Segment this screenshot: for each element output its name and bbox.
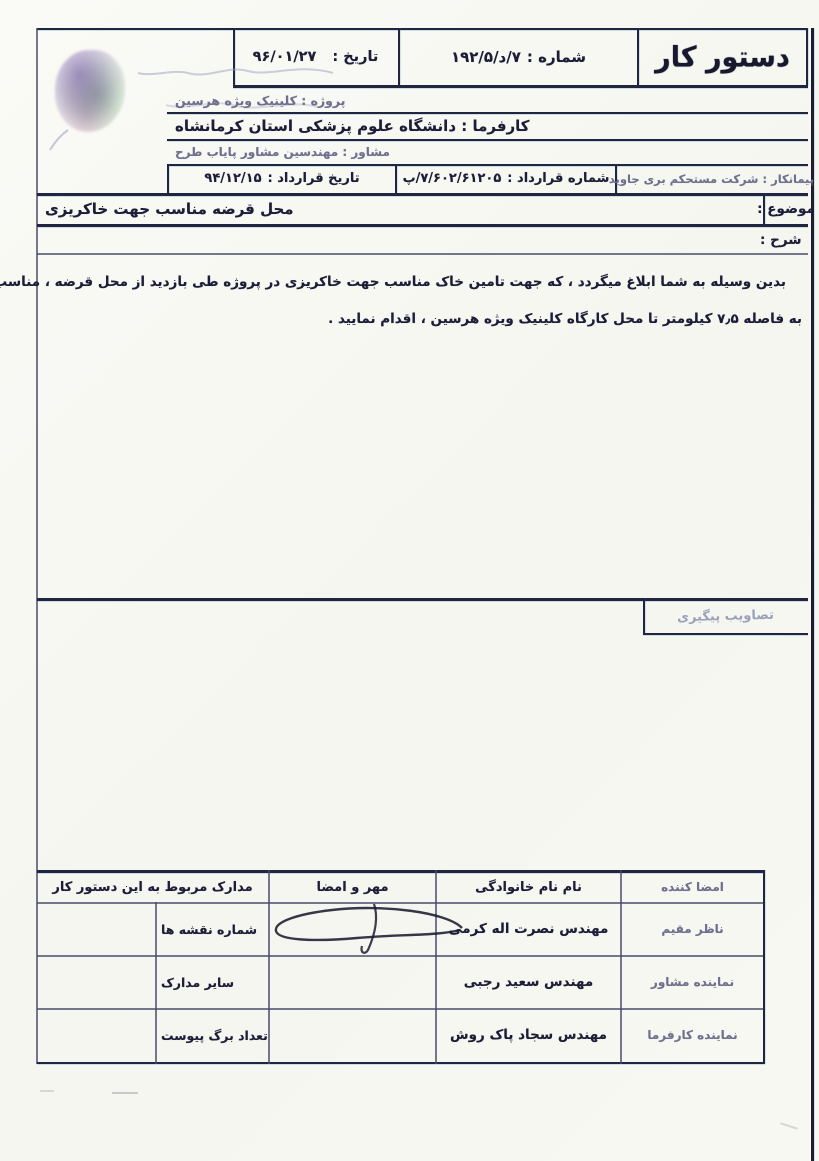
signer-role-cell: نماینده کارفرما [622,1010,763,1060]
contractor-cell: پیمانکار : شرکت مستحکم بری جاوید [617,165,806,192]
col-header-signer-text: امضا کننده [661,880,724,894]
number-cell: شماره : ۱۹۲/۵/د/۷ [400,30,637,84]
signer-role-2: نماینده مشاور [651,975,734,989]
doc-label-1: شماره نقشه ها [161,922,257,937]
col-header-docs: مدارک مربوط به این دستور کار [39,872,266,902]
table-right-border [763,870,765,1064]
subject-value-cell: محل قرضه مناسب جهت خاکریزی [37,195,767,223]
signer-name-cell: مهندس سجاد پاک روش [437,1010,620,1060]
col-header-name-text: نام نام خانوادگی [475,880,582,895]
contract-number-value: ۷/۶۰۲/۶۱۲۰۵/پ [403,171,502,186]
description-body: بدین وسیله به شما ابلاغ میگردد ، که جهت … [50,264,802,338]
scan-artifact [40,1090,54,1092]
contract-date-label: تاریخ قرارداد : [268,171,360,186]
logo-text: دستور کار [655,41,790,74]
logo-box-right-border [806,28,808,86]
signer-name-1: مهندس نصرت اله کرمی [449,921,609,937]
subject-value: محل قرضه مناسب جهت خاکریزی [45,200,294,218]
signer-role-cell: ناظر مقیم [622,904,763,954]
contract-date-value: ۹۴/۱۲/۱۵ [204,171,261,186]
doc-label-cell: تعداد برگ پیوست [157,1010,270,1060]
doc-label-cell: شماره نقشه ها [157,904,270,954]
client-line: کارفرما : دانشگاه علوم پزشکی استان کرمان… [167,114,808,138]
signer-role-3: نماینده کارفرما [647,1028,737,1042]
work-order-logo: دستور کار [639,29,806,86]
table-bottom-rule [37,1062,765,1064]
doc-label-3: تعداد برگ پیوست [161,1028,268,1043]
contract-number-label: شماره قرارداد : [507,171,609,186]
subject-bottom-rule [37,224,808,227]
ink-stamp [55,50,125,132]
description-line-1: بدین وسیله به شما ابلاغ میگردد ، که جهت … [50,264,802,301]
annotation-box: تصاویب پیگیری [645,598,807,634]
annotation-text: تصاویب پیگیری [677,607,774,625]
project-line: پروژه : کلینیک ویژه هرسین [167,88,808,112]
subject-label-cell: موضوع : [763,195,809,223]
consultant-text: مشاور : مهندسین مشاور پایاب طرح [175,145,390,159]
number-value: ۱۹۲/۵/د/۷ [451,48,521,66]
contract-number-cell: شماره قرارداد : ۷/۶۰۲/۶۱۲۰۵/پ [397,165,615,192]
contract-date-cell: تاریخ قرارداد : ۹۴/۱۲/۱۵ [169,165,395,192]
consultant-line: مشاور : مهندسین مشاور پایاب طرح [167,141,808,163]
description-label: شرح : [760,232,802,248]
description-label-cell: شرح : [760,228,808,252]
page-left-edge [36,28,38,1064]
signer-name-3: مهندس سجاد پاک روش [450,1027,607,1043]
description-line-2: به فاصله ۷٫۵ کیلومتر تا محل کارگاه کلینی… [50,301,802,338]
signature-scribble [262,898,470,954]
col-header-docs-text: مدارک مربوط به این دستور کار [52,880,252,895]
number-label: شماره : [527,48,586,66]
col-header-signer: امضا کننده [622,872,763,902]
project-text: پروژه : کلینیک ویژه هرسین [175,93,345,108]
scan-artifact [780,1122,798,1129]
signer-role-1: ناظر مقیم [661,922,723,936]
contractor-text: پیمانکار : شرکت مستحکم بری جاوید [609,172,814,186]
signer-role-cell: نماینده مشاور [622,957,763,1007]
client-text: کارفرما : دانشگاه علوم پزشکی استان کرمان… [175,117,530,135]
page-right-edge [811,28,814,1161]
scanned-work-order-form: دستور کار شماره : ۱۹۲/۵/د/۷ تاریخ : ۹۶/۰… [0,0,819,1161]
doc-label-2: سایر مدارک [161,975,234,990]
signer-name-cell: مهندس سعید رجبی [437,957,620,1007]
doc-label-cell: سایر مدارک [157,957,270,1007]
description-rule [37,253,808,255]
signer-name-2: مهندس سعید رجبی [464,974,593,990]
col-header-seal-text: مهر و امضا [316,880,388,895]
scan-artifact [112,1092,138,1094]
